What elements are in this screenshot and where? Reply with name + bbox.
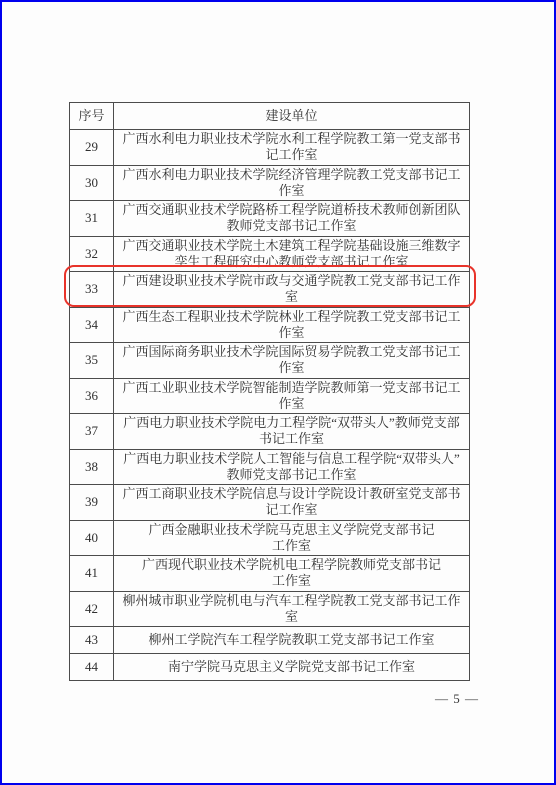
row-number-cell: 30: [70, 165, 114, 201]
table-row: 38 广西电力职业技术学院人工智能与信息工程学院“双带头人” 教师党支部书记工作…: [70, 449, 470, 485]
unit-name-cell: 广西现代职业技术学院机电工程学院教师党支部书记 工作室: [114, 556, 470, 592]
page-number: — 5 —: [427, 691, 487, 707]
unit-name-cell: 南宁学院马克思主义学院党支部书记工作室: [114, 654, 470, 681]
unit-name-cell: 广西交通职业技术学院路桥工程学院道桥技术教师创新团队 教师党支部书记工作室: [114, 201, 470, 237]
unit-name-cell: 广西工业职业技术学院智能制造学院教师第一党支部书记工 作室: [114, 378, 470, 414]
table-row-highlighted: 33 广西建设职业技术学院市政与交通学院教工党支部书记工作 室: [70, 272, 470, 308]
unit-name-cell: 广西水利电力职业技术学院水利工程学院教工第一党支部书 记工作室: [114, 130, 470, 166]
table-row: 29 广西水利电力职业技术学院水利工程学院教工第一党支部书 记工作室: [70, 130, 470, 166]
table-row: 31 广西交通职业技术学院路桥工程学院道桥技术教师创新团队 教师党支部书记工作室: [70, 201, 470, 237]
table-row: 34 广西生态工程职业技术学院林业工程学院教工党支部书记工 作室: [70, 307, 470, 343]
construction-units-table: 序号 建设单位 29 广西水利电力职业技术学院水利工程学院教工第一党支部书 记工…: [69, 102, 470, 681]
unit-name-cell: 广西建设职业技术学院市政与交通学院教工党支部书记工作 室: [114, 272, 470, 308]
table-header-row: 序号 建设单位: [70, 103, 470, 130]
row-number-cell: 39: [70, 485, 114, 521]
row-number-cell: 36: [70, 378, 114, 414]
row-number-cell: 43: [70, 627, 114, 654]
table-row: 39 广西工商职业技术学院信息与设计学院设计教研室党支部书 记工作室: [70, 485, 470, 521]
unit-name-cell: 广西水利电力职业技术学院经济管理学院教工党支部书记工 作室: [114, 165, 470, 201]
unit-name-cell: 广西国际商务职业技术学院国际贸易学院教工党支部书记工 作室: [114, 343, 470, 379]
unit-name-cell: 柳州工学院汽车工程学院教职工党支部书记工作室: [114, 627, 470, 654]
row-number-cell: 37: [70, 414, 114, 450]
table-row: 43 柳州工学院汽车工程学院教职工党支部书记工作室: [70, 627, 470, 654]
table-row: 42 柳州城市职业学院机电与汽车工程学院教工党支部书记工作 室: [70, 591, 470, 627]
document-page: 序号 建设单位 29 广西水利电力职业技术学院水利工程学院教工第一党支部书 记工…: [0, 0, 556, 785]
row-number-cell: 38: [70, 449, 114, 485]
table-row: 44 南宁学院马克思主义学院党支部书记工作室: [70, 654, 470, 681]
row-number-cell: 41: [70, 556, 114, 592]
row-number-cell: 35: [70, 343, 114, 379]
row-number-cell: 34: [70, 307, 114, 343]
row-number-cell: 33: [70, 272, 114, 308]
table-row: 30 广西水利电力职业技术学院经济管理学院教工党支部书记工 作室: [70, 165, 470, 201]
row-number-cell: 32: [70, 236, 114, 272]
unit-name-cell: 广西电力职业技术学院电力工程学院“双带头人”教师党支部 书记工作室: [114, 414, 470, 450]
row-number-cell: 40: [70, 520, 114, 556]
row-number-cell: 42: [70, 591, 114, 627]
unit-name-cell: 广西交通职业技术学院土木建筑工程学院基础设施三维数字 孪生工程研究中心教师党支部…: [114, 236, 470, 272]
header-serial-number: 序号: [70, 103, 114, 130]
unit-name-cell: 广西电力职业技术学院人工智能与信息工程学院“双带头人” 教师党支部书记工作室: [114, 449, 470, 485]
row-number-cell: 31: [70, 201, 114, 237]
unit-name-cell: 柳州城市职业学院机电与汽车工程学院教工党支部书记工作 室: [114, 591, 470, 627]
unit-name-cell: 广西金融职业技术学院马克思主义学院党支部书记 工作室: [114, 520, 470, 556]
table-row: 41 广西现代职业技术学院机电工程学院教师党支部书记 工作室: [70, 556, 470, 592]
header-unit-name: 建设单位: [114, 103, 470, 130]
table-row: 37 广西电力职业技术学院电力工程学院“双带头人”教师党支部 书记工作室: [70, 414, 470, 450]
unit-name-cell: 广西生态工程职业技术学院林业工程学院教工党支部书记工 作室: [114, 307, 470, 343]
table-row: 36 广西工业职业技术学院智能制造学院教师第一党支部书记工 作室: [70, 378, 470, 414]
row-number-cell: 44: [70, 654, 114, 681]
table-row: 35 广西国际商务职业技术学院国际贸易学院教工党支部书记工 作室: [70, 343, 470, 379]
table-row: 40 广西金融职业技术学院马克思主义学院党支部书记 工作室: [70, 520, 470, 556]
row-number-cell: 29: [70, 130, 114, 166]
unit-name-cell: 广西工商职业技术学院信息与设计学院设计教研室党支部书 记工作室: [114, 485, 470, 521]
table-row: 32 广西交通职业技术学院土木建筑工程学院基础设施三维数字 孪生工程研究中心教师…: [70, 236, 470, 272]
